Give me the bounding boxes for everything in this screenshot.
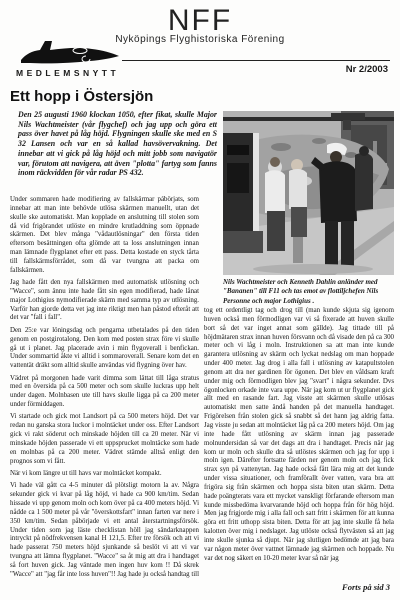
article-paragraph: Jag hade fått den nya fallskärmen med au… <box>10 279 199 323</box>
article-lead: Den 25 augusti 1960 klockan 1050, efter … <box>18 110 217 178</box>
article-paragraph: Vi startade och gick mot Landsort på ca … <box>10 413 199 466</box>
issue-number: Nr 2/2003 <box>346 64 388 75</box>
newsletter-page: NFF Nyköpings Flyghistoriska Förening ME… <box>0 0 400 600</box>
article-paragraph: Vi hade väl gått ca 4-5 minuter då plöts… <box>10 482 199 578</box>
article-title: Ett hopp i Östersjön <box>10 88 153 105</box>
article-right-column: tog ett ordentligt tag och drog till (ma… <box>204 307 394 577</box>
article-paragraph: När vi kom längre ut till havs var molnt… <box>10 470 199 479</box>
article-paragraph: Den 25:e var löningsdag och pengarna utb… <box>10 327 199 371</box>
article-paragraph: Under sommaren hade modifiering av falls… <box>10 196 199 276</box>
masthead-label: MEDLEMSNYTT <box>16 68 119 78</box>
right-column-text: tog ett ordentligt tag och drog till (ma… <box>204 307 394 563</box>
article-paragraph: Vädret på morgonen hade varit dimma som … <box>10 375 199 410</box>
article-left-column: Under sommaren hade modifiering av falls… <box>10 196 199 578</box>
continuation-note: Forts på sid 3 <box>342 582 390 592</box>
photo-caption: Nils Wachtmeister och Kenneth Dahlin anl… <box>223 278 394 306</box>
jet-silhouette-icon <box>18 38 122 70</box>
helicopter-arrival-photo <box>223 111 394 275</box>
newsletter-title: NFF <box>0 6 400 36</box>
header-divider <box>122 60 390 61</box>
